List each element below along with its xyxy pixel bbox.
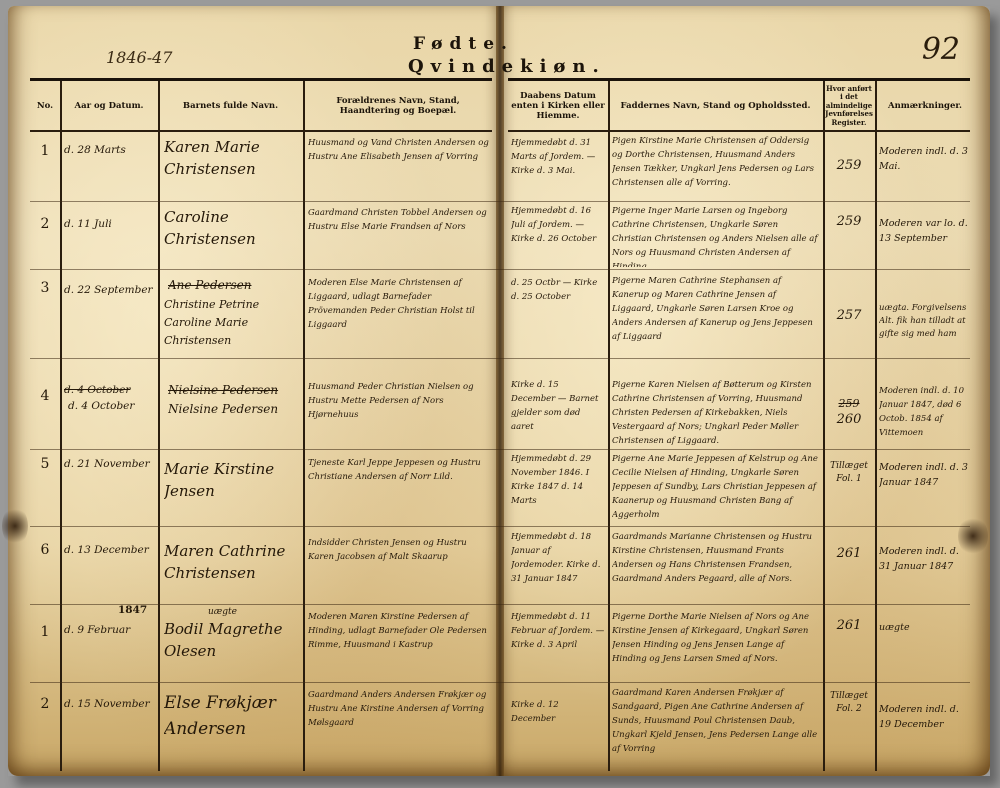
- child-name-struck: Ane Pedersen: [168, 274, 298, 296]
- year-marker: 1847: [118, 604, 158, 617]
- godparents-text: Gaardmands Marianne Christensen og Hustr…: [612, 530, 820, 602]
- remarks-text: uægte: [879, 620, 971, 635]
- godparents-text: Pigen Kirstine Marie Christensen af Odde…: [612, 134, 820, 198]
- birth-date: d. 13 December: [64, 544, 156, 557]
- child-name: Karen Marie Christensen: [164, 136, 300, 180]
- remarks-text: Moderen indl. d. 19 December: [879, 702, 971, 732]
- entry-number: 2: [32, 216, 58, 232]
- birth-date: d. 11 Juli: [64, 218, 156, 231]
- godparents-text: Pigerne Maren Cathrine Stephansen af Kan…: [612, 274, 820, 356]
- child-name: Marie Kirstine Jensen: [164, 458, 300, 502]
- parents-text: Moderen Maren Kirstine Pedersen af Hindi…: [308, 610, 490, 680]
- baptism-text: Hjemmedøbt d. 16 Juli af Jordem. — Kirke…: [511, 204, 605, 267]
- column-header-godparents: Faddernes Navn, Stand og Opholdssted.: [608, 82, 823, 130]
- godparents-text: Pigerne Inger Marie Larsen og Ingeborg C…: [612, 204, 820, 267]
- row-divider: [30, 604, 970, 605]
- column-header-parents: Forældrenes Navn, Stand, Haandtering og …: [303, 82, 493, 130]
- register-ref: Tillæget Fol. 1: [825, 460, 873, 486]
- godparents-text: Gaardmand Karen Andersen Frøkjær af Sand…: [612, 686, 820, 764]
- ink-stain: [2, 506, 28, 546]
- register-ref: 260: [825, 412, 873, 428]
- register-ref: 261: [825, 618, 873, 634]
- column-header-remarks: Anmærkninger.: [875, 82, 975, 130]
- baptism-text: d. 25 Octbr — Kirke d. 25 October: [511, 276, 605, 354]
- entry-number: 3: [32, 280, 58, 296]
- child-name: Christine Petrine Caroline Marie Christe…: [164, 296, 300, 350]
- column-header-no: No.: [30, 82, 60, 130]
- column-header-register: Hvor anført i det almindelige Jevnførels…: [823, 82, 875, 130]
- register-ref-struck: 259: [825, 396, 873, 412]
- register-ref: 259: [825, 214, 873, 230]
- birth-date: d. 22 September: [64, 284, 156, 297]
- entry-number: 1: [32, 143, 58, 159]
- parents-text: Huusmand Peder Christian Nielsen og Hust…: [308, 380, 490, 440]
- register-ref: 259: [825, 158, 873, 174]
- row-divider: [30, 526, 970, 527]
- godparents-text: Pigerne Dorthe Marie Nielsen af Nors og …: [612, 610, 820, 680]
- parents-text: Indsidder Christen Jensen og Hustru Kare…: [308, 536, 490, 596]
- parents-text: Tjeneste Karl Jeppe Jeppesen og Hustru C…: [308, 456, 490, 516]
- year-note: 1846-47: [106, 48, 172, 67]
- entry-number: 6: [32, 542, 58, 558]
- book-gutter: [496, 6, 504, 776]
- parents-text: Huusmand og Vand Christen Andersen og Hu…: [308, 136, 490, 196]
- birth-date: d. 21 November: [64, 458, 156, 471]
- child-name: Nielsine Pedersen: [168, 398, 298, 420]
- birth-date: d. 15 November: [64, 698, 156, 711]
- entry-number: 5: [32, 456, 58, 472]
- birth-date: d. 9 Februar: [64, 624, 156, 637]
- register-subtitle: Qvindekiøn.: [408, 56, 606, 77]
- parents-text: Gaardmand Christen Tobbel Andersen og Hu…: [308, 206, 490, 266]
- register-title: Fødte.: [413, 34, 514, 54]
- column-header-name: Barnets fulde Navn.: [158, 82, 303, 130]
- baptism-text: Hjemmedøbt d. 31 Marts af Jordem. — Kirk…: [511, 136, 605, 198]
- row-divider: [30, 358, 970, 359]
- baptism-text: Hjemmedøbt d. 11 Februar af Jordem. — Ki…: [511, 610, 605, 680]
- godparents-text: Pigerne Ane Marie Jeppesen af Kelstrup o…: [612, 452, 820, 524]
- register-ref: 261: [825, 546, 873, 562]
- header-top-rule-right: [508, 78, 970, 81]
- godparents-text: Pigerne Karen Nielsen af Bøtterum og Kir…: [612, 378, 820, 448]
- child-name: Maren Cathrine Christensen: [164, 540, 300, 584]
- column-divider: [158, 81, 160, 771]
- register-ref: Tillæget Fol. 2: [825, 690, 873, 716]
- birth-date: d. 4 October: [68, 400, 156, 413]
- header-top-rule-left: [30, 78, 492, 81]
- register-ref: 257: [825, 308, 873, 324]
- child-name: Else Frøkjær Andersen: [164, 690, 300, 742]
- birth-date: d. 28 Marts: [64, 144, 156, 157]
- row-divider: [30, 682, 970, 683]
- row-divider: [30, 449, 970, 450]
- header-bottom-rule-left: [30, 130, 492, 132]
- child-name: Caroline Christensen: [164, 206, 300, 250]
- column-divider: [608, 81, 610, 771]
- page-number: 92: [922, 32, 960, 67]
- entry-number: 2: [32, 696, 58, 712]
- remarks-text: Moderen indl. d. 3 Januar 1847: [879, 460, 971, 490]
- entry-number: 1: [32, 624, 58, 640]
- baptism-text: Hjemmedøbt d. 29 November 1846. I Kirke …: [511, 452, 605, 524]
- baptism-text: Hjemmedøbt d. 18 Januar af Jordemoder. K…: [511, 530, 605, 602]
- remarks-text: Moderen indl. d. 3 Mai.: [879, 144, 971, 174]
- column-divider: [303, 81, 305, 771]
- remarks-text: uægta. Forgivelsens Alt. fik han tilladt…: [879, 302, 971, 356]
- row-divider: [30, 269, 970, 270]
- baptism-text: Kirke d. 12 December: [511, 698, 605, 758]
- birth-date-struck: d. 4 October: [64, 384, 156, 397]
- row-divider: [30, 201, 970, 202]
- remarks-text: Moderen indl. d. 31 Januar 1847: [879, 544, 971, 574]
- column-header-baptism: Daabens Datum enten i Kirken eller Hiemm…: [508, 82, 608, 130]
- header-bottom-rule-right: [508, 130, 970, 132]
- column-header-date: Aar og Datum.: [60, 82, 158, 130]
- register-book: 1846-47 92 Fødte. Qvindekiøn. No. Aar og…: [8, 6, 990, 776]
- column-divider: [60, 81, 62, 771]
- remarks-text: Moderen indl. d. 10 Januar 1847, død 6 O…: [879, 384, 971, 444]
- parents-text: Moderen Else Marie Christensen af Liggaa…: [308, 276, 490, 354]
- column-divider: [875, 81, 877, 771]
- parents-text: Gaardmand Anders Andersen Frøkjær og Hus…: [308, 688, 490, 758]
- child-name: Bodil Magrethe Olesen: [164, 618, 300, 662]
- remarks-text: Moderen var lo. d. 13 September: [879, 216, 971, 246]
- entry-number: 4: [32, 388, 58, 404]
- baptism-text: Kirke d. 15 December — Barnet gjelder so…: [511, 378, 605, 442]
